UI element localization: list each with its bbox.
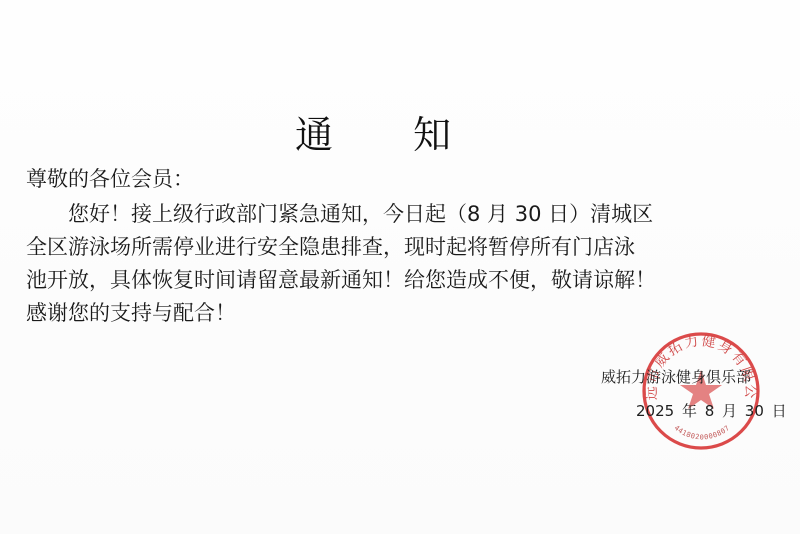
salutation: 尊敬的各位会员： [26, 163, 194, 193]
organization-signature: 威拓力游泳健身俱乐部 [601, 366, 751, 387]
stamp-number: 4418020000807 [673, 424, 732, 441]
notice-body: 您好！接上级行政部门紧急通知，今日起（8 月 30 日）清城区 全区游泳场所需停… [26, 198, 786, 330]
company-seal-stamp: 清远市威拓力健身有限公司 4418020000807 [640, 330, 762, 452]
notice-title: 通 知 [0, 104, 780, 159]
notice-page: 通 知 尊敬的各位会员： 您好！接上级行政部门紧急通知，今日起（8 月 30 日… [0, 0, 800, 534]
body-line: 池开放，具体恢复时间请留意最新通知！给您造成不便，敬请谅解！ [26, 264, 786, 297]
body-line: 全区游泳场所需停业进行安全隐患排查，现时起将暂停所有门店泳 [26, 231, 786, 264]
notice-date: 2025 年 8 月 30 日 [636, 400, 787, 421]
body-line: 您好！接上级行政部门紧急通知，今日起（8 月 30 日）清城区 [26, 198, 786, 231]
body-line: 感谢您的支持与配合！ [26, 297, 786, 330]
svg-text:4418020000807: 4418020000807 [673, 424, 732, 441]
